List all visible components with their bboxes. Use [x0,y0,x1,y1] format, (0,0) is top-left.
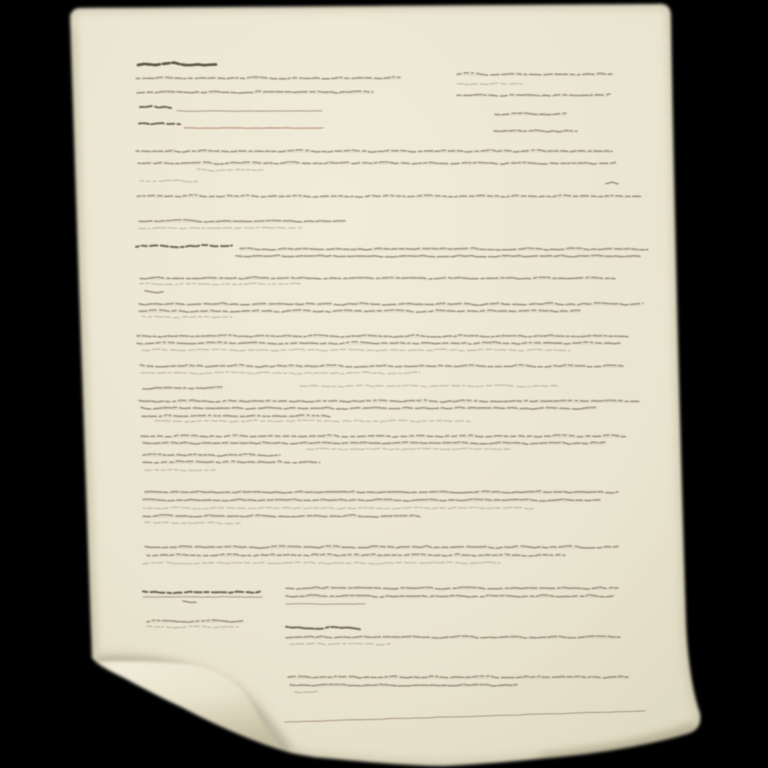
document-illustration [0,0,768,768]
scribble-line [139,123,180,124]
scribble-line [184,128,323,129]
scribble-line [177,111,322,112]
paper-sheet [70,4,700,766]
paper-body [70,4,700,766]
scribble-line [140,106,171,108]
paper-sheet-svg [0,0,768,768]
scribble-line [143,597,262,598]
